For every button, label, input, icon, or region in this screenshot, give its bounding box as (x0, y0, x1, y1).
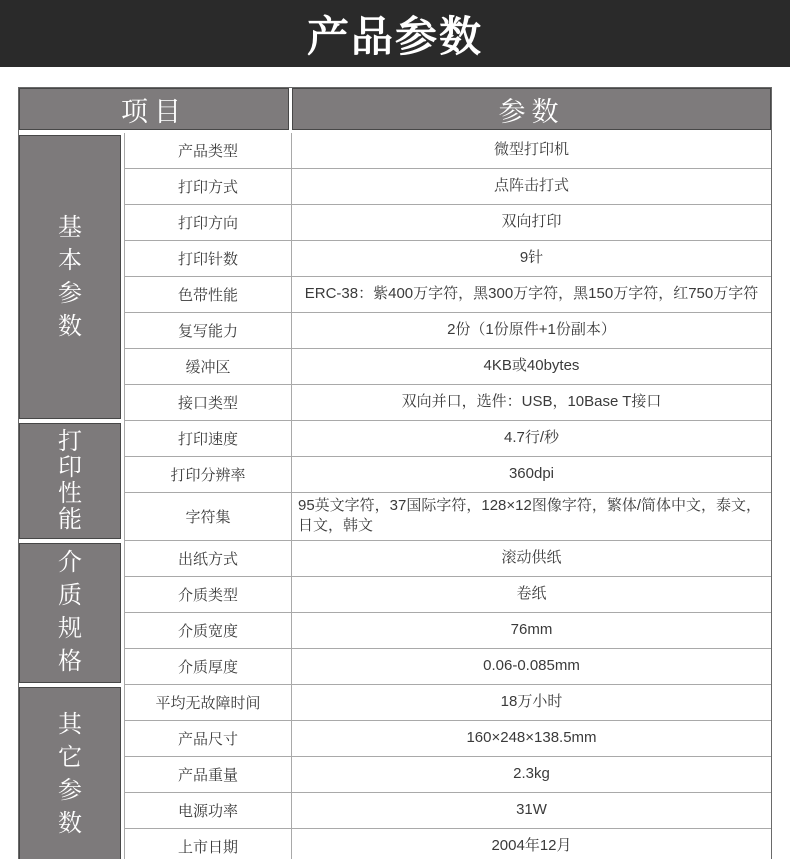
value-cell: 滚动供纸 (292, 541, 771, 576)
value-cell: 95英文字符，37国际字符，128×12图像字符，繁体/简体中文，泰文，日文，韩… (292, 493, 771, 540)
section-rows: 出纸方式滚动供纸介质类型卷纸介质宽度76mm介质厚度0.06-0.085mm (124, 541, 771, 685)
table-row: 复写能力2份（1份原件+1份副本） (125, 313, 771, 349)
column-header-value: 参数 (292, 88, 771, 130)
table-row: 打印方式点阵击打式 (125, 169, 771, 205)
item-cell: 产品类型 (125, 133, 292, 168)
item-cell: 介质厚度 (125, 649, 292, 684)
table-row: 色带性能ERC-38：紫400万字符，黑300万字符，黑150万字符，红750万… (125, 277, 771, 313)
section-rows: 产品类型微型打印机打印方式点阵击打式打印方向双向打印打印针数9针色带性能ERC-… (124, 133, 771, 421)
table-row: 平均无故障时间18万小时 (125, 685, 771, 721)
section-rows: 打印速度4.7行/秒打印分辨率360dpi字符集95英文字符，37国际字符，12… (124, 421, 771, 541)
value-cell: 76mm (292, 613, 771, 648)
table-section: 打印性能打印速度4.7行/秒打印分辨率360dpi字符集95英文字符，37国际字… (19, 421, 771, 541)
item-cell: 介质宽度 (125, 613, 292, 648)
table-row: 产品重量2.3kg (125, 757, 771, 793)
value-cell: 160×248×138.5mm (292, 721, 771, 756)
item-cell: 出纸方式 (125, 541, 292, 576)
item-cell: 字符集 (125, 493, 292, 540)
item-cell: 打印针数 (125, 241, 292, 276)
value-cell: 18万小时 (292, 685, 771, 720)
category-cell: 基本参数 (19, 135, 121, 419)
value-cell: 360dpi (292, 457, 771, 492)
value-cell: 4.7行/秒 (292, 421, 771, 456)
table-row: 上市日期2004年12月 (125, 829, 771, 859)
value-cell: 2份（1份原件+1份副本） (292, 313, 771, 348)
item-cell: 打印速度 (125, 421, 292, 456)
item-cell: 电源功率 (125, 793, 292, 828)
category-char: 数 (58, 812, 82, 836)
table-row: 字符集95英文字符，37国际字符，128×12图像字符，繁体/简体中文，泰文，日… (125, 493, 771, 541)
item-cell: 介质类型 (125, 577, 292, 612)
category-char: 质 (58, 584, 82, 608)
item-cell: 接口类型 (125, 385, 292, 420)
value-cell: 2.3kg (292, 757, 771, 792)
item-cell: 产品重量 (125, 757, 292, 792)
item-cell: 上市日期 (125, 829, 292, 859)
item-cell: 平均无故障时间 (125, 685, 292, 720)
spec-table: 项目 参数 基本参数产品类型微型打印机打印方式点阵击打式打印方向双向打印打印针数… (18, 87, 772, 859)
page: 产品参数 项目 参数 基本参数产品类型微型打印机打印方式点阵击打式打印方向双向打… (0, 0, 790, 859)
value-cell: ERC-38：紫400万字符，黑300万字符，黑150万字符，红750万字符 (292, 277, 771, 312)
value-cell: 4KB或40bytes (292, 349, 771, 384)
column-header-item: 项目 (19, 88, 289, 130)
category-char: 参 (58, 779, 82, 803)
category-char: 它 (58, 746, 82, 770)
category-cell: 介质规格 (19, 543, 121, 683)
value-cell: 双向打印 (292, 205, 771, 240)
value-cell: 双向并口，选件：USB，10Base T接口 (292, 385, 771, 420)
table-row: 缓冲区4KB或40bytes (125, 349, 771, 385)
table-row: 介质类型卷纸 (125, 577, 771, 613)
category-char: 参 (58, 282, 82, 306)
table-row: 打印分辨率360dpi (125, 457, 771, 493)
category-char: 本 (58, 249, 82, 273)
category-char: 格 (58, 650, 82, 674)
category-char: 印 (58, 456, 82, 480)
item-cell: 打印方式 (125, 169, 292, 204)
table-row: 产品尺寸160×248×138.5mm (125, 721, 771, 757)
value-cell: 微型打印机 (292, 133, 771, 168)
table-row: 打印速度4.7行/秒 (125, 421, 771, 457)
item-cell: 产品尺寸 (125, 721, 292, 756)
page-title: 产品参数 (307, 4, 483, 64)
item-cell: 缓冲区 (125, 349, 292, 384)
value-cell: 2004年12月 (292, 829, 771, 859)
category-char: 其 (58, 713, 82, 737)
category-char: 规 (58, 617, 82, 641)
table-row: 出纸方式滚动供纸 (125, 541, 771, 577)
value-cell: 9针 (292, 241, 771, 276)
item-cell: 复写能力 (125, 313, 292, 348)
value-cell: 31W (292, 793, 771, 828)
table-body: 基本参数产品类型微型打印机打印方式点阵击打式打印方向双向打印打印针数9针色带性能… (19, 133, 771, 859)
table-row: 电源功率31W (125, 793, 771, 829)
title-bar: 产品参数 (0, 0, 790, 67)
category-char: 打 (58, 430, 82, 454)
category-char: 介 (58, 551, 82, 575)
table-row: 接口类型双向并口，选件：USB，10Base T接口 (125, 385, 771, 421)
category-cell: 其它参数 (19, 687, 121, 859)
value-cell: 0.06-0.085mm (292, 649, 771, 684)
category-char: 基 (58, 216, 82, 240)
table-row: 产品类型微型打印机 (125, 133, 771, 169)
table-row: 介质厚度0.06-0.085mm (125, 649, 771, 685)
section-rows: 平均无故障时间18万小时产品尺寸160×248×138.5mm产品重量2.3kg… (124, 685, 771, 859)
category-char: 数 (58, 315, 82, 339)
item-cell: 色带性能 (125, 277, 292, 312)
table-section: 其它参数平均无故障时间18万小时产品尺寸160×248×138.5mm产品重量2… (19, 685, 771, 859)
item-cell: 打印方向 (125, 205, 292, 240)
table-section: 基本参数产品类型微型打印机打印方式点阵击打式打印方向双向打印打印针数9针色带性能… (19, 133, 771, 421)
table-row: 介质宽度76mm (125, 613, 771, 649)
value-cell: 点阵击打式 (292, 169, 771, 204)
category-char: 性 (58, 482, 82, 506)
category-char: 能 (58, 508, 82, 532)
item-cell: 打印分辨率 (125, 457, 292, 492)
table-section: 介质规格出纸方式滚动供纸介质类型卷纸介质宽度76mm介质厚度0.06-0.085… (19, 541, 771, 685)
table-row: 打印针数9针 (125, 241, 771, 277)
category-cell: 打印性能 (19, 423, 121, 539)
table-row: 打印方向双向打印 (125, 205, 771, 241)
table-header-row: 项目 参数 (19, 88, 771, 130)
value-cell: 卷纸 (292, 577, 771, 612)
